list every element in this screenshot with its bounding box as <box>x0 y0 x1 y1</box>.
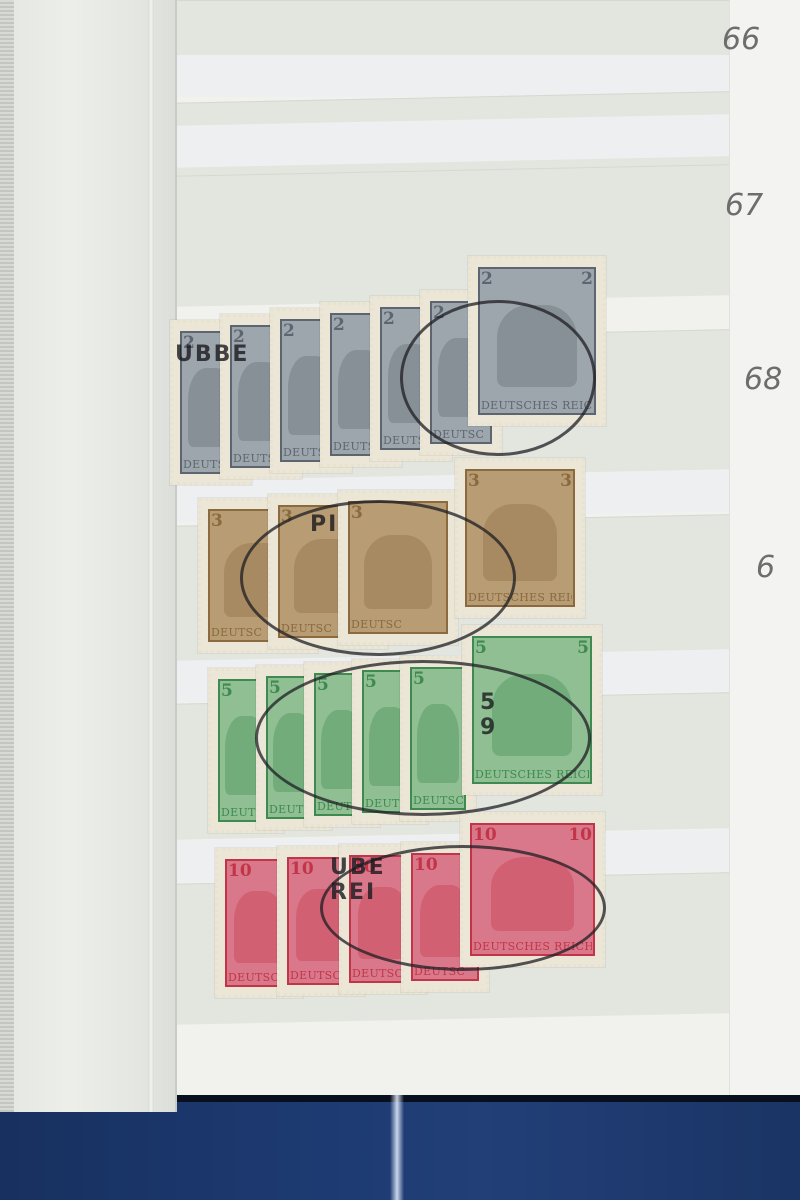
stamp-denomination: 5 <box>475 638 487 658</box>
pocket-lip <box>155 55 745 97</box>
stamp-caption: DEUTSC <box>433 428 489 441</box>
stamp-caption: DEUTSCHES REICH <box>473 940 592 953</box>
page-number-label: 68 <box>744 362 782 397</box>
pocket-strip <box>155 164 745 307</box>
germania-figure-icon <box>491 857 574 932</box>
pocket-strip <box>155 0 745 56</box>
stamp-denomination: 5 <box>577 638 589 658</box>
stamp-caption: DEUTSCHES REICH <box>475 768 589 781</box>
page-margin: 66 67 68 6 <box>729 0 800 1095</box>
postmark-text: PI <box>310 512 338 537</box>
stamp-denomination: 3 <box>468 471 480 491</box>
stamp: 3DEUTSC <box>338 490 458 645</box>
stamp-denomination: 2 <box>481 269 493 289</box>
germania-figure-icon <box>497 305 576 387</box>
germania-figure-icon <box>364 535 432 610</box>
germania-figure-icon <box>492 674 572 756</box>
stamp-denomination: 5 <box>221 681 233 701</box>
stamp-denomination: 5 <box>317 675 329 695</box>
page-number-label: 66 <box>722 22 760 57</box>
stamp: 33DEUTSCHES REICH <box>455 458 585 618</box>
stamp-denomination: 2 <box>383 309 395 329</box>
stamp-denomination: 10 <box>290 859 314 879</box>
stockbook-photo: 66 67 68 6 2DEUTSC2DEUTSC2DEUTSC2DEUTSC2… <box>0 0 800 1200</box>
stamp-denomination: 3 <box>281 507 293 527</box>
stamp-denomination: 10 <box>473 825 497 845</box>
germania-figure-icon <box>483 504 557 581</box>
spine-fold <box>148 0 154 1112</box>
stamp-denomination: 3 <box>351 503 363 523</box>
stamp-denomination: 3 <box>560 471 572 491</box>
stamp-denomination: 5 <box>413 669 425 689</box>
page-number-label: 67 <box>725 188 763 223</box>
postmark-text: UBE REI <box>330 855 386 905</box>
stamp-denomination: 3 <box>211 511 223 531</box>
stamp-denomination: 2 <box>433 303 445 323</box>
stamp-denomination: 10 <box>414 855 438 875</box>
stamp-denomination: 2 <box>581 269 593 289</box>
stamp: 1010DEUTSCHES REICH <box>460 812 605 967</box>
stamp-denomination: 5 <box>365 672 377 692</box>
binder-highlight <box>390 1090 404 1200</box>
postmark-text: UBBE <box>175 342 249 367</box>
stamp-caption: DEUTSC <box>351 618 445 631</box>
stamp-caption: DEUTSCHES REICH <box>468 591 572 604</box>
stamp-caption: DEUTSC <box>413 794 463 807</box>
stamp-denomination: 2 <box>283 321 295 341</box>
stamp-denomination: 10 <box>228 861 252 881</box>
stamp: 22DEUTSCHES REICH <box>468 256 606 426</box>
stamp-caption: DEUTSCHES REICH <box>481 399 593 412</box>
page-number-label: 6 <box>756 550 775 585</box>
germania-figure-icon <box>417 704 459 784</box>
spine-edge <box>0 0 14 1112</box>
stamp-denomination: 5 <box>269 678 281 698</box>
postmark-text: 5 9 <box>480 690 497 740</box>
stamp-denomination: 2 <box>333 315 345 335</box>
album-spine-flap <box>0 0 177 1112</box>
stamp-denomination: 10 <box>568 825 592 845</box>
